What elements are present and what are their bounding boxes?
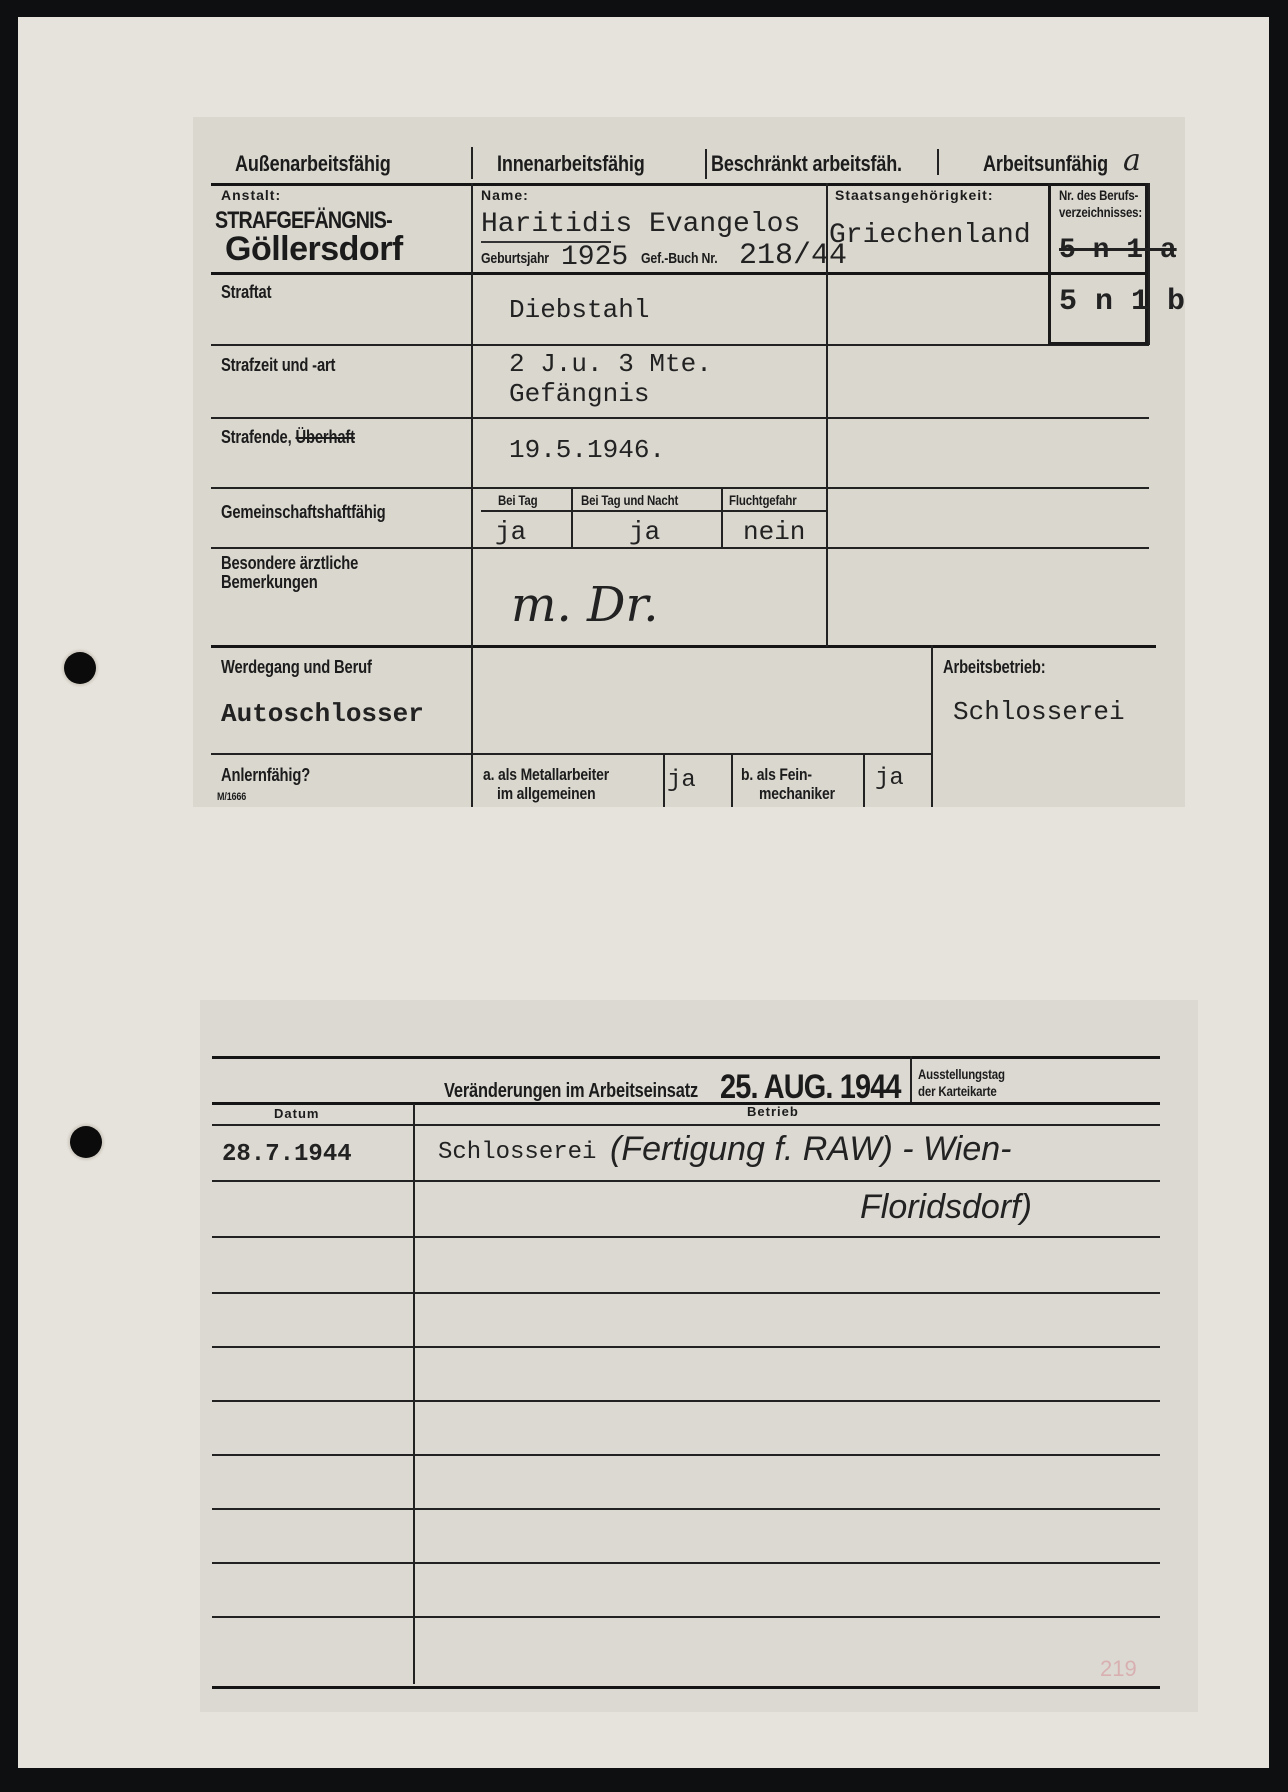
rule: [212, 1236, 1160, 1238]
metalworker-label-1: a. als Metallarbeiter: [483, 765, 609, 785]
divider: [910, 1056, 912, 1102]
rule: [211, 753, 931, 755]
rule: [212, 1346, 1160, 1348]
metalworker-label-2: im allgemeinen: [497, 784, 595, 804]
entry-date: 28.7.1944: [222, 1141, 352, 1168]
offense-label: Straftat: [221, 282, 271, 303]
prisoner-record-card: Außenarbeitsfähig Innenarbeitsfähig Besc…: [193, 117, 1185, 807]
divider: [931, 645, 933, 807]
issue-label-1: Ausstellungstag: [918, 1066, 1005, 1082]
unfit-label: Arbeitsunfähig: [983, 151, 1108, 177]
citizenship-label: Staatsangehörigkeit:: [835, 187, 993, 203]
column-divider: [413, 1104, 415, 1684]
medical-label-1: Besondere ärztliche: [221, 553, 358, 574]
rule: [211, 487, 1149, 489]
precision-mechanic-value: ja: [875, 765, 904, 792]
workplace-value: Schlosserei: [953, 697, 1125, 727]
form-number: M/1666: [217, 791, 246, 803]
birth-year-label: Geburtsjahr: [481, 250, 549, 267]
col-date-header: Datum: [274, 1106, 319, 1121]
occupation-register-new-value: 5 n 1 b: [1059, 285, 1185, 319]
rule: [212, 1508, 1160, 1510]
outdoor-fit-label: Außenarbeitsfähig: [235, 151, 391, 177]
divider: [571, 489, 573, 547]
end-label-text: Strafende,: [221, 427, 292, 447]
career-label: Werdegang und Beruf: [221, 657, 372, 678]
precision-mechanic-label-1: b. als Fein-: [741, 765, 812, 785]
sentence-label: Strafzeit und -art: [221, 355, 335, 376]
entry-workplace: Schlosserei: [438, 1139, 596, 1166]
divider: [663, 753, 665, 807]
changes-title: Veränderungen im Arbeitseinsatz: [444, 1080, 698, 1103]
end-label: Strafende, Überhaft: [221, 427, 355, 448]
punch-hole-icon: [64, 652, 96, 684]
rule: [212, 1292, 1160, 1294]
entry-note-line1: (Fertigung f. RAW) - Wien-: [610, 1130, 1011, 1169]
institution-stamp-line2: Göllersdorf: [225, 230, 403, 269]
rule: [211, 417, 1149, 419]
rule: [212, 1562, 1160, 1564]
citizenship-value: Griechenland: [829, 220, 1031, 251]
medical-signature: m. Dr.: [511, 577, 658, 633]
book-no-label: Gef.-Buch Nr.: [641, 250, 717, 267]
end-struck-text: Überhaft: [295, 427, 354, 447]
sentence-value-2: Gefängnis: [509, 379, 649, 409]
trainable-label: Anlernfähig?: [221, 765, 310, 786]
rule: [211, 272, 1149, 275]
divider: [937, 149, 939, 175]
rule: [481, 510, 826, 512]
rule: [211, 183, 1149, 186]
page-number: 219: [1100, 1656, 1137, 1682]
indoor-fit-label: Innenarbeitsfähig: [497, 151, 645, 177]
escape-label: Fluchtgefahr: [729, 492, 797, 508]
rule: [212, 1686, 1160, 1689]
rule: [212, 1124, 1160, 1126]
issue-label-2: der Karteikarte: [918, 1083, 997, 1099]
name-value: Haritidis Evangelos: [481, 209, 800, 240]
rule: [212, 1180, 1160, 1182]
col-workplace-header: Betrieb: [747, 1104, 799, 1119]
divider: [721, 489, 723, 547]
metalworker-value: ja: [667, 767, 696, 794]
sentence-value-1: 2 J.u. 3 Mte.: [509, 349, 712, 379]
end-value: 19.5.1946.: [509, 435, 665, 465]
workplace-label: Arbeitsbetrieb:: [943, 657, 1046, 678]
work-assignment-card: Veränderungen im Arbeitseinsatz 25. AUG.…: [200, 1000, 1198, 1712]
divider: [731, 753, 733, 807]
occupation-register-label-2: verzeichnisses:: [1059, 204, 1142, 220]
divider: [471, 147, 473, 179]
rule: [212, 1056, 1160, 1059]
by-day-label: Bei Tag: [498, 492, 537, 508]
medical-label-2: Bemerkungen: [221, 572, 318, 593]
escape-value: nein: [743, 517, 805, 547]
day-night-label: Bei Tag und Nacht: [581, 492, 678, 508]
occupation-register-label-1: Nr. des Berufs-: [1059, 187, 1138, 203]
divider: [471, 183, 473, 807]
unfit-handwritten-mark: a: [1123, 143, 1141, 178]
communal-label: Gemeinschaftshaftfähig: [221, 502, 386, 523]
entry-note-line2: Floridsdorf): [860, 1188, 1032, 1227]
day-night-value: ja: [629, 517, 660, 547]
offense-value: Diebstahl: [509, 295, 649, 325]
divider: [705, 149, 707, 179]
rule: [212, 1454, 1160, 1456]
limited-fit-label: Beschränkt arbeitsfäh.: [711, 151, 902, 177]
precision-mechanic-label-2: mechaniker: [759, 784, 835, 804]
rule: [211, 344, 941, 346]
career-value: Autoschlosser: [221, 699, 424, 729]
name-label: Name:: [481, 187, 529, 203]
birth-year-value: 1925: [561, 242, 628, 273]
punch-hole-icon: [70, 1126, 102, 1158]
rule: [211, 547, 1149, 549]
rule: [211, 645, 1156, 648]
document-page: Außenarbeitsfähig Innenarbeitsfähig Besc…: [18, 17, 1269, 1768]
rule: [212, 1400, 1160, 1402]
rule: [212, 1616, 1160, 1618]
occupation-register-old-value: 5 n 1 a: [1059, 235, 1177, 266]
by-day-value: ja: [495, 517, 526, 547]
rule: [212, 1102, 1160, 1105]
divider: [863, 753, 865, 807]
institution-label: Anstalt:: [221, 187, 281, 203]
